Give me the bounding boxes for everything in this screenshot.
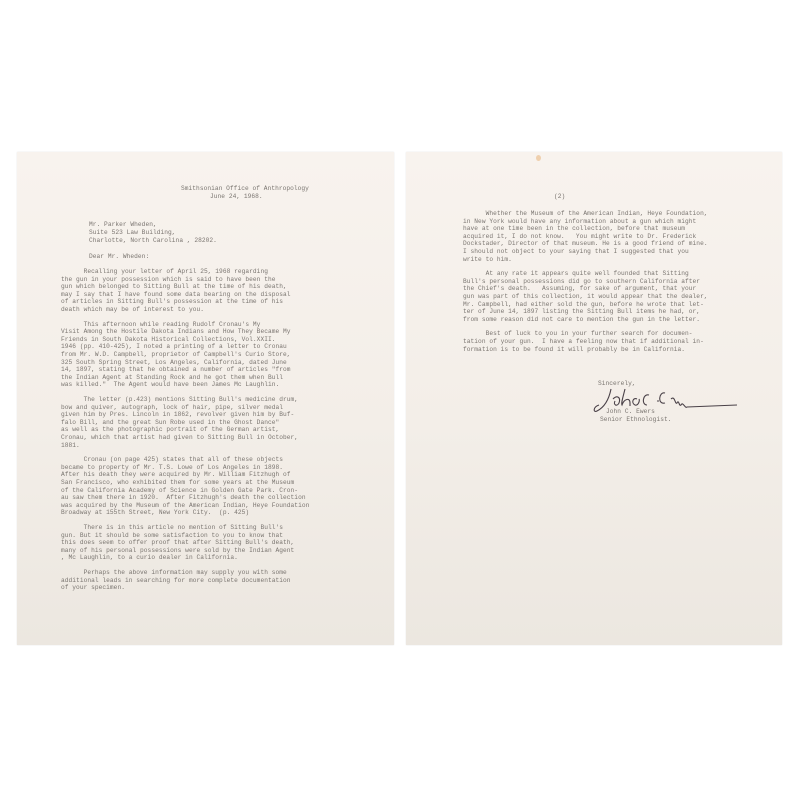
paragraph-line: au saw them there in 1920. After Fitzhug… (61, 494, 306, 502)
paragraph-line: , Mc Laughlin, to a curio dealer in Cali… (61, 554, 238, 562)
paragraph-line: Best of luck to you in your further sear… (463, 330, 693, 338)
salutation: Dear Mr. Wheden: (89, 253, 149, 261)
paragraph-line: Mr. Campbell, had either sold the gun, b… (463, 301, 704, 309)
paragraph-line: gun which belonged to Sitting Bull at th… (61, 283, 287, 291)
paragraph-line: Broadway at 155th Street, New York City.… (61, 509, 249, 517)
paragraph-line: Cronau, which that artist had given to S… (61, 434, 298, 442)
paragraph-line: This afternoon while reading Rudolf Cron… (61, 321, 260, 329)
paragraph-line: 1946 (pp. 410-425), I noted a printing o… (61, 343, 287, 351)
paragraph-line: death which may be of interest to you. (61, 306, 204, 314)
paragraph-line: gun. But it should be some satisfaction … (61, 532, 283, 540)
paragraph-line: Friends in South Dakota Historical Colle… (61, 336, 276, 344)
paragraph-line: was acquired by the Museum of the Americ… (61, 502, 309, 510)
paragraph-line: Recalling your letter of April 25, 1968 … (61, 268, 268, 276)
paragraph-line: falo Bill, and the great Sun Robe used i… (61, 419, 279, 427)
paragraph-line: from Mr. W.D. Campbell, proprietor of Ca… (61, 351, 291, 359)
letterhead-office: Smithsonian Office of Anthropology (181, 185, 309, 193)
paragraph-line: Whether the Museum of the American India… (463, 210, 708, 218)
paragraph-line: write to him. (463, 256, 512, 264)
paragraph-line: of your specimen. (61, 584, 125, 592)
paragraph-line: became to property of Mr. T.S. Lowe of L… (61, 464, 283, 472)
paragraph-line: in New York would have any information a… (463, 218, 696, 226)
paragraph-line: of articles in Sitting Bull's possession… (61, 298, 283, 306)
paragraph-line: have at one time been in the collection,… (463, 225, 685, 233)
signer-name: John C. Ewers (606, 408, 655, 416)
signer-title: Senior Ethnologist. (600, 416, 672, 424)
paragraph-line: the Indian Agent at Standing Rock and he… (61, 374, 283, 382)
paragraph-line: this does seem to offer proof that after… (61, 539, 294, 547)
address-line: Mr. Parker Wheden, (89, 221, 157, 229)
paragraph-line: of the California Academy of Science in … (61, 487, 298, 495)
paragraph-line: as well as the photographic portrait of … (61, 426, 279, 434)
paragraph-line: I should not object to your saying that … (463, 248, 689, 256)
paragraph-line: the Chief's death. Assuming, for sake of… (463, 285, 696, 293)
paragraph-line: many of his personal possessions were so… (61, 547, 294, 555)
address-line: Charlotte, North Carolina , 28202. (89, 237, 217, 245)
paragraph-line: 14, 1897, stating that he obtained a num… (61, 366, 291, 374)
paragraph-line: from some reason did not care to mention… (463, 316, 700, 324)
paragraph-line: bow and quiver, autograph, lock of hair,… (61, 404, 283, 412)
paragraph-line: After his death they were acquired by Mr… (61, 471, 291, 479)
paragraph-line: Dockstader, Director of that museum. He … (463, 240, 708, 248)
paragraph-line: acquired it, I do not know. You might wr… (463, 233, 696, 241)
paragraph-line: There is in this article no mention of S… (61, 524, 283, 532)
paragraph-line: the gun in your possession which is said… (61, 276, 276, 284)
paragraph-line: Perhaps the above information may supply… (61, 569, 287, 577)
paper-stain (536, 155, 541, 161)
paragraph-line: ter of June 14, 1897 listing the Sitting… (463, 308, 700, 316)
paragraph-line: At any rate it appears quite well founde… (463, 270, 689, 278)
paragraph-line: Bull's personal possessions did go to so… (463, 278, 700, 286)
letter-date: June 24, 1968. (210, 193, 263, 201)
paragraph-line: 1881. (61, 442, 80, 450)
paragraph-line: given him by Pres. Lincoln in 1862, revo… (61, 411, 294, 419)
letter-page-2: (2) Whether the Museum of the American I… (406, 152, 782, 645)
paragraph-line: tation of your gun. I have a feeling now… (463, 338, 704, 346)
page-number: (2) (554, 193, 565, 201)
paragraph-line: gun was part of this collection, it woul… (463, 293, 708, 301)
paragraph-line: additional leads in searching for more c… (61, 577, 291, 585)
paragraph-line: The letter (p.423) mentions Sitting Bull… (61, 396, 298, 404)
paragraph-line: may I say that I have found some data be… (61, 291, 291, 299)
letter-page-1: Smithsonian Office of Anthropology June … (17, 152, 394, 645)
paragraph-line: 325 South Spring Street, Los Angeles, Ca… (61, 359, 287, 367)
paragraph-line: Cronau (on page 425) states that all of … (61, 456, 283, 464)
paragraph-line: formation is to be found it will probabl… (463, 346, 685, 354)
address-line: Suite 523 Law Building, (89, 229, 176, 237)
paragraph-line: Visit Among the Hostile Dakota Indians a… (61, 328, 291, 336)
paragraph-line: was killed." The Agent would have been J… (61, 381, 279, 389)
paragraph-line: San Francisco, who exhibited them for so… (61, 479, 294, 487)
